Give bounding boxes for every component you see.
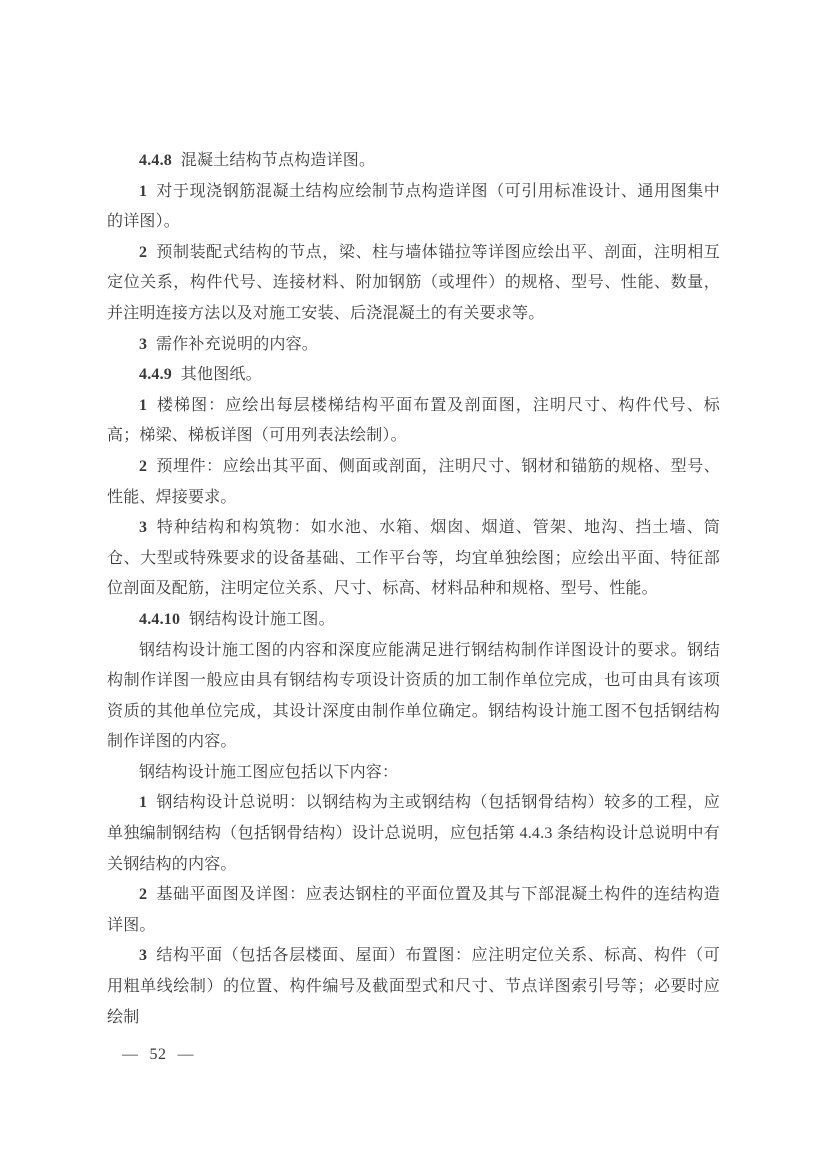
document-body: 4.4.8混凝土结构节点构造详图。 1对于现浇钢筋混凝土结构应绘制节点构造详图（… <box>107 146 720 1033</box>
clause-text: 混凝土结构节点构造详图。 <box>181 152 375 169</box>
clause-item: 2基础平面图及详图：应表达钢柱的平面位置及其与下部混凝土构件的连结构造详图。 <box>107 880 720 941</box>
clause-item: 1楼梯图：应绘出每层楼梯结构平面布置及剖面图，注明尺寸、构件代号、标高；梯梁、梯… <box>107 391 720 452</box>
page-footer: —52— <box>122 1046 194 1064</box>
item-text: 结构平面（包括各层楼面、屋面）布置图：应注明定位关系、标高、构件（可用粗单线绘制… <box>107 947 720 1025</box>
item-number: 3 <box>139 519 147 536</box>
footer-dash-left: — <box>122 1046 139 1063</box>
item-number: 3 <box>139 947 147 964</box>
item-text: 钢结构设计总说明：以钢结构为主或钢结构（包括钢骨结构）较多的工程，应单独编制钢结… <box>107 794 720 872</box>
clause-text: 钢结构设计施工图。 <box>189 611 335 628</box>
clause-text: 其他图纸。 <box>181 366 262 383</box>
page-number: 52 <box>150 1046 167 1063</box>
body-paragraph: 钢结构设计施工图的内容和深度应能满足进行钢结构制作详图设计的要求。钢结构制作详图… <box>107 636 720 758</box>
footer-dash-right: — <box>178 1046 195 1063</box>
clause-number: 4.4.8 <box>139 152 172 169</box>
item-text: 预埋件：应绘出其平面、侧面或剖面，注明尺寸、钢材和锚筋的规格、型号、性能、焊接要… <box>107 458 720 506</box>
item-number: 1 <box>139 794 147 811</box>
clause-item: 2预制装配式结构的节点，梁、柱与墙体锚拉等详图应绘出平、剖面，注明相互定位关系，… <box>107 238 720 330</box>
item-text: 对于现浇钢筋混凝土结构应绘制节点构造详图（可引用标准设计、通用图集中的详图）。 <box>107 183 720 231</box>
item-number: 2 <box>139 244 147 261</box>
item-number: 3 <box>139 336 147 353</box>
clause-item: 1钢结构设计总说明：以钢结构为主或钢结构（包括钢骨结构）较多的工程，应单独编制钢… <box>107 788 720 880</box>
clause-heading: 4.4.10钢结构设计施工图。 <box>107 605 720 636</box>
clause-item: 3需作补充说明的内容。 <box>107 330 720 361</box>
clause-number: 4.4.9 <box>139 366 172 383</box>
item-number: 1 <box>139 397 147 414</box>
clause-number: 4.4.10 <box>139 611 180 628</box>
item-text: 需作补充说明的内容。 <box>156 336 318 353</box>
clause-heading: 4.4.9其他图纸。 <box>107 360 720 391</box>
clause-item: 3特种结构和构筑物：如水池、水箱、烟囱、烟道、管架、地沟、挡土墙、筒仓、大型或特… <box>107 513 720 605</box>
item-text: 基础平面图及详图：应表达钢柱的平面位置及其与下部混凝土构件的连结构造详图。 <box>107 886 720 934</box>
clause-item: 1对于现浇钢筋混凝土结构应绘制节点构造详图（可引用标准设计、通用图集中的详图）。 <box>107 177 720 238</box>
item-number: 2 <box>139 458 147 475</box>
item-text: 楼梯图：应绘出每层楼梯结构平面布置及剖面图，注明尺寸、构件代号、标高；梯梁、梯板… <box>107 397 720 445</box>
paragraph-text: 钢结构设计施工图应包括以下内容： <box>139 764 398 781</box>
document-page: 4.4.8混凝土结构节点构造详图。 1对于现浇钢筋混凝土结构应绘制节点构造详图（… <box>0 0 827 1169</box>
item-number: 1 <box>139 183 147 200</box>
paragraph-text: 钢结构设计施工图的内容和深度应能满足进行钢结构制作详图设计的要求。钢结构制作详图… <box>107 642 720 751</box>
item-text: 特种结构和构筑物：如水池、水箱、烟囱、烟道、管架、地沟、挡土墙、筒仓、大型或特殊… <box>107 519 720 597</box>
item-number: 2 <box>139 886 147 903</box>
item-text: 预制装配式结构的节点，梁、柱与墙体锚拉等详图应绘出平、剖面，注明相互定位关系，构… <box>107 244 720 322</box>
clause-item: 3结构平面（包括各层楼面、屋面）布置图：应注明定位关系、标高、构件（可用粗单线绘… <box>107 941 720 1033</box>
clause-item: 2预埋件：应绘出其平面、侧面或剖面，注明尺寸、钢材和锚筋的规格、型号、性能、焊接… <box>107 452 720 513</box>
clause-heading: 4.4.8混凝土结构节点构造详图。 <box>107 146 720 177</box>
body-paragraph: 钢结构设计施工图应包括以下内容： <box>107 758 720 789</box>
